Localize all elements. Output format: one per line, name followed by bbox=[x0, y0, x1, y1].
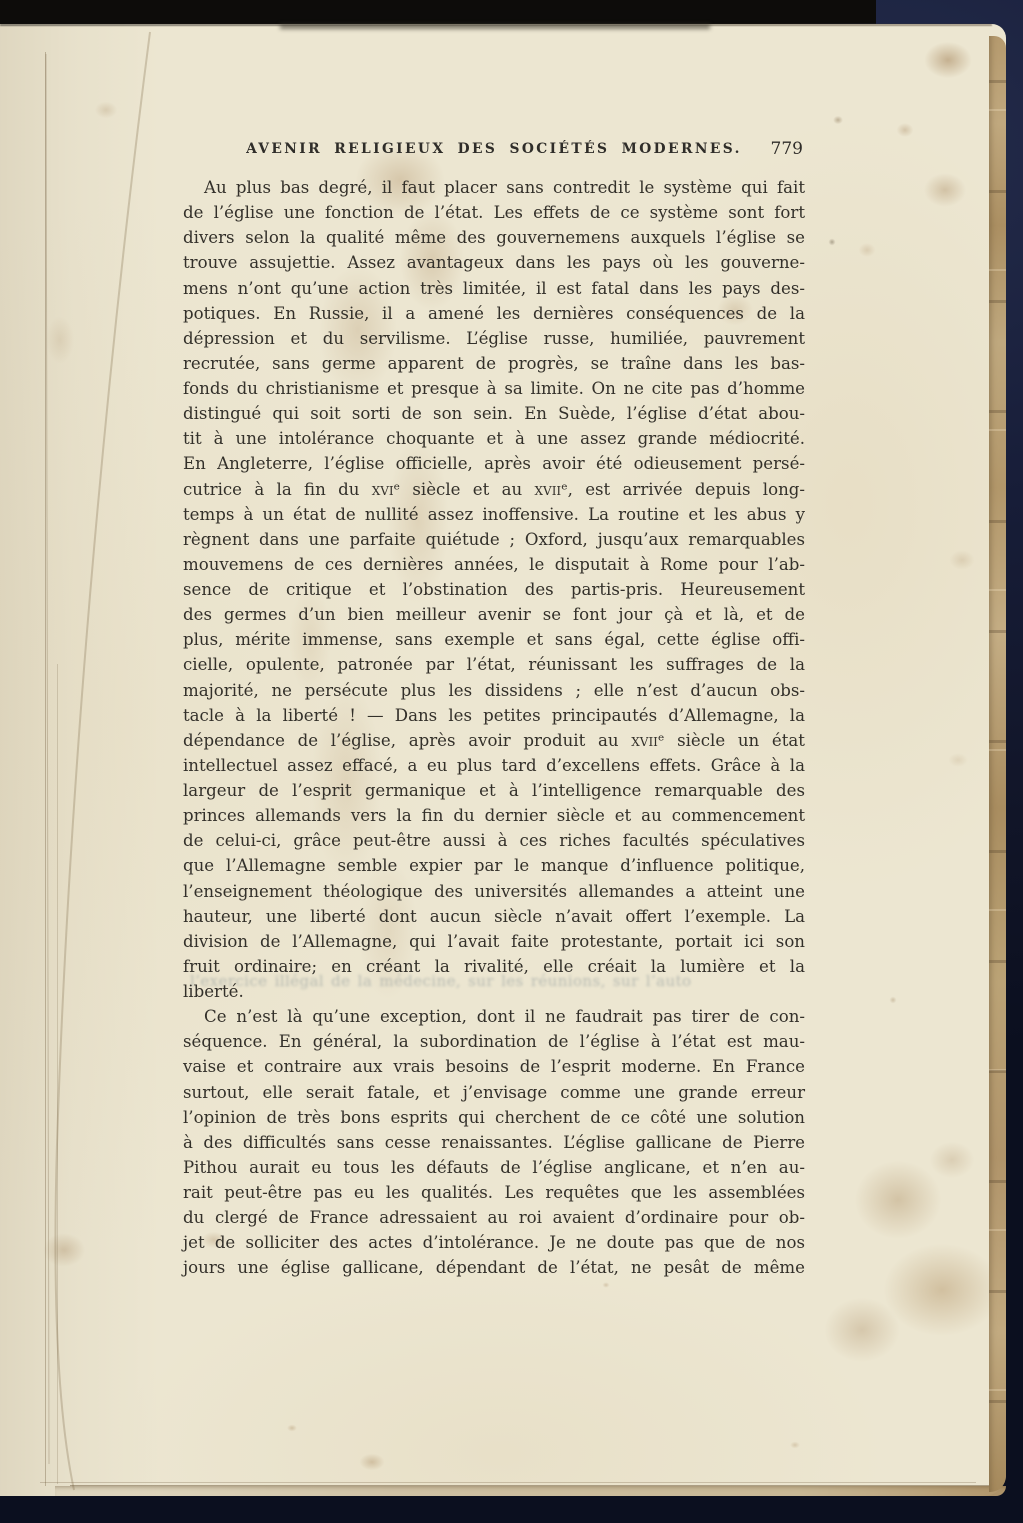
text-line: à des difficultés sans cesse renaissante… bbox=[183, 1130, 805, 1155]
page-fore-edge bbox=[989, 36, 1006, 1492]
text-line: temps à un état de nullité assez inoffen… bbox=[183, 502, 805, 527]
text-line: princes allemands vers la fin du dernier… bbox=[183, 803, 805, 828]
text-line: jet de solliciter des actes d’intoléranc… bbox=[183, 1230, 805, 1255]
running-head-title: AVENIR RELIGIEUX DES SOCIÉTÉS MODERNES. bbox=[183, 141, 805, 157]
text-line: recrutée, sans germe apparent de progrès… bbox=[183, 351, 805, 376]
text-line: plus, mérite immense, sans exemple et sa… bbox=[183, 627, 805, 652]
text-line: surtout, elle serait fatale, et j’envisa… bbox=[183, 1080, 805, 1105]
text-line: cutrice à la fin du xviᵉ siècle et au xv… bbox=[183, 477, 805, 502]
text-line: que l’Allemagne semble expier par le man… bbox=[183, 853, 805, 878]
text-line: intellectuel assez effacé, a eu plus tar… bbox=[183, 753, 805, 778]
text-line: l’opinion de très bons esprits qui cherc… bbox=[183, 1105, 805, 1130]
text-line: sence de critique et l’obstination des p… bbox=[183, 577, 805, 602]
text-line: l’enseignement théologique des universit… bbox=[183, 879, 805, 904]
book-binding-band bbox=[0, 0, 876, 26]
text-line: fruit ordinaire; en créant la rivalité, … bbox=[183, 954, 805, 979]
text-line: du clergé de France adressaient au roi a… bbox=[183, 1205, 805, 1230]
text-line: mouvemens de ces dernières années, le di… bbox=[183, 552, 805, 577]
text-line: mens n’ont qu’une action très limitée, i… bbox=[183, 276, 805, 301]
text-line: dépression et du servilisme. L’église ru… bbox=[183, 326, 805, 351]
page-top-smudge bbox=[280, 24, 710, 29]
scan-backdrop: l’exercice illégal de la médecine, sur l… bbox=[0, 0, 1023, 1523]
text-line: tacle à la liberté ! — Dans les petites … bbox=[183, 703, 805, 728]
text-line: divers selon la qualité même des gouvern… bbox=[183, 225, 805, 250]
text-line: tit à une intolérance choquante et à une… bbox=[183, 426, 805, 451]
text-line: potiques. En Russie, il a amené les dern… bbox=[183, 301, 805, 326]
paragraph: Au plus bas degré, il faut placer sans c… bbox=[183, 175, 805, 1004]
text-line: des germes d’un bien meilleur avenir se … bbox=[183, 602, 805, 627]
text-line: séquence. En général, la subordination d… bbox=[183, 1029, 805, 1054]
under-page-edge-line-2 bbox=[57, 664, 58, 1484]
text-line: liberté. bbox=[183, 979, 805, 1004]
page-number: 779 bbox=[771, 139, 803, 159]
text-line: dépendance de l’église, après avoir prod… bbox=[183, 728, 805, 753]
page-bottom-edge bbox=[55, 1486, 1006, 1496]
text-line: de celui-ci, grâce peut-être aussi à ces… bbox=[183, 828, 805, 853]
text-line: Au plus bas degré, il faut placer sans c… bbox=[183, 175, 805, 200]
paragraph: Ce n’est là qu’une exception, dont il ne… bbox=[183, 1004, 805, 1280]
text-line: division de l’Allemagne, qui l’avait fai… bbox=[183, 929, 805, 954]
text-line: de l’église une fonction de l’état. Les … bbox=[183, 200, 805, 225]
running-head: AVENIR RELIGIEUX DES SOCIÉTÉS MODERNES. … bbox=[183, 141, 805, 165]
text-body: Au plus bas degré, il faut placer sans c… bbox=[183, 175, 805, 1281]
page-bottom-crease-2 bbox=[40, 1482, 976, 1483]
text-line: distingué qui soit sorti de son sein. En… bbox=[183, 401, 805, 426]
text-line: hauteur, une liberté dont aucun siècle n… bbox=[183, 904, 805, 929]
text-line: trouve assujettie. Assez avantageux dans… bbox=[183, 250, 805, 275]
text-line: cielle, opulente, patronée par l’état, r… bbox=[183, 652, 805, 677]
text-line: rait peut-être pas eu les qualités. Les … bbox=[183, 1180, 805, 1205]
text-line: règnent dans une parfaite quiétude ; Oxf… bbox=[183, 527, 805, 552]
text-line: largeur de l’esprit germanique et à l’in… bbox=[183, 778, 805, 803]
book-page: l’exercice illégal de la médecine, sur l… bbox=[0, 24, 1006, 1496]
text-line: jours une église gallicane, dépendant de… bbox=[183, 1255, 805, 1280]
text-line: fonds du christianisme et presque à sa l… bbox=[183, 376, 805, 401]
text-line: Ce n’est là qu’une exception, dont il ne… bbox=[183, 1004, 805, 1029]
text-line: Pithou aurait eu tous les défauts de l’é… bbox=[183, 1155, 805, 1180]
text-line: vaise et contraire aux vrais besoins de … bbox=[183, 1054, 805, 1079]
under-page-edge-line bbox=[45, 52, 46, 1486]
text-line: En Angleterre, l’église officielle, aprè… bbox=[183, 451, 805, 476]
text-line: majorité, ne persécute plus les dissiden… bbox=[183, 678, 805, 703]
